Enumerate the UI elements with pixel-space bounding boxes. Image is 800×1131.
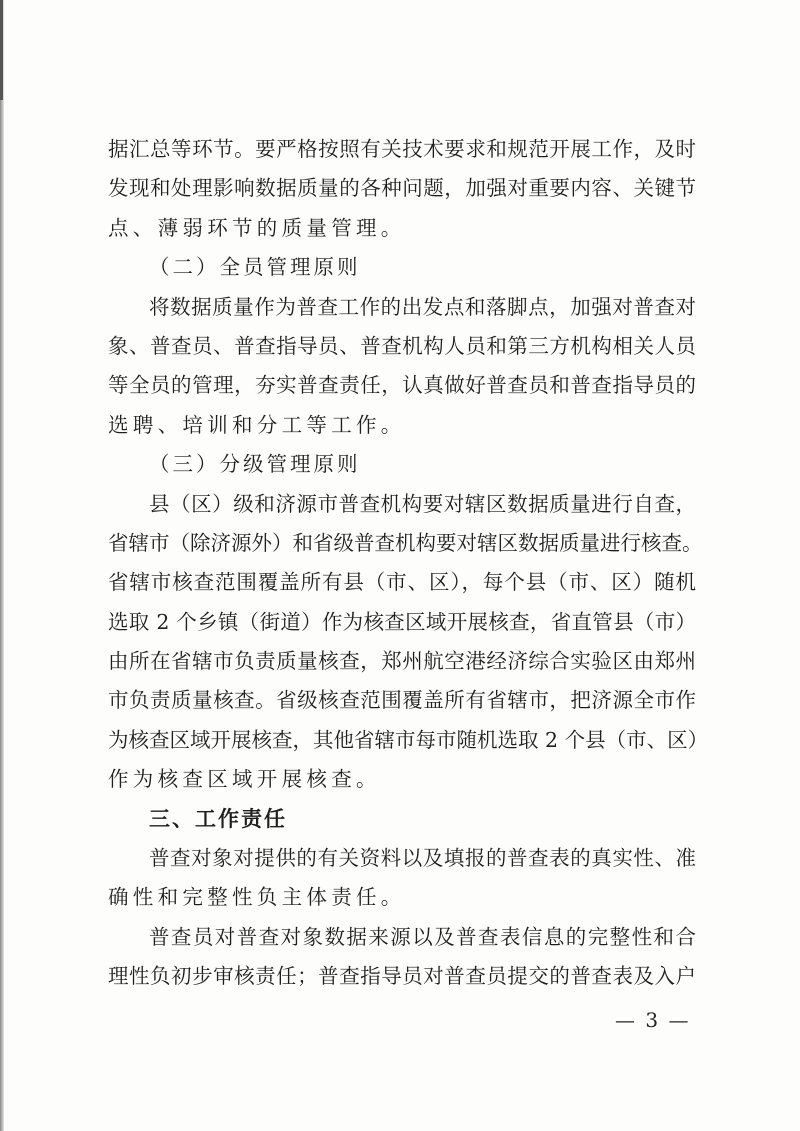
text-line: 省辖市核查范围覆盖所有县（市、区），每个县（市、区）随机	[108, 563, 696, 602]
text-line: 据汇总等环节。要严格按照有关技术要求和规范开展工作，及时	[108, 130, 696, 169]
paragraph-tiered-management: 县（区）级和济源市普查机构要对辖区数据质量进行自查， 省辖市（除济源外）和省级普…	[108, 485, 696, 800]
text-line: 发现和处理影响数据质量的各种问题，加强对重要内容、关键节	[108, 169, 696, 208]
paragraph-enumerator-responsibility: 普查员对普查对象数据来源以及普查表信息的完整性和合 理性负初步审核责任；普查指导…	[108, 918, 696, 997]
text-line: 由所在省辖市负责质量核查，郑州航空港经济综合实验区由郑州	[108, 642, 696, 681]
subheading-all-staff-management: （二）全员管理原则	[108, 248, 696, 287]
text-line: 点、薄弱环节的质量管理。	[108, 209, 696, 248]
document-page: 据汇总等环节。要严格按照有关技术要求和规范开展工作，及时 发现和处理影响数据质量…	[108, 130, 696, 997]
text-line: 作为核查区域开展核查。	[108, 760, 696, 799]
text-line: 选取 2 个乡镇（街道）作为核查区域开展核查，省直管县（市）	[108, 603, 696, 642]
text-line: 将数据质量作为普查工作的出发点和落脚点，加强对普查对	[108, 288, 696, 327]
paragraph-respondent-responsibility: 普查对象对提供的有关资料以及填报的普查表的真实性、准 确性和完整性负主体责任。	[108, 839, 696, 918]
text-line: 省辖市（除济源外）和省级普查机构要对辖区数据质量进行核查。	[108, 524, 696, 563]
text-line: 象、普查员、普查指导员、普查机构人员和第三方机构相关人员	[108, 327, 696, 366]
subheading-tiered-management: （三）分级管理原则	[108, 445, 696, 484]
section-heading-work-responsibility: 三、工作责任	[108, 800, 696, 839]
paragraph-all-staff-management: 将数据质量作为普查工作的出发点和落脚点，加强对普查对 象、普查员、普查指导员、普…	[108, 288, 696, 446]
text-line: 理性负初步审核责任；普查指导员对普查员提交的普查表及入户	[108, 957, 696, 996]
text-line: 市负责质量核查。省级核查范围覆盖所有省辖市，把济源全市作	[108, 681, 696, 720]
text-line: 选聘、培训和分工等工作。	[108, 406, 696, 445]
text-line: 普查员对普查对象数据来源以及普查表信息的完整性和合	[108, 918, 696, 957]
text-line: 县（区）级和济源市普查机构要对辖区数据质量进行自查，	[108, 485, 696, 524]
text-line: 普查对象对提供的有关资料以及填报的普查表的真实性、准	[108, 839, 696, 878]
scan-edge-shadow	[0, 0, 3, 100]
page-number: — 3 —	[615, 1008, 690, 1032]
text-line: 确性和完整性负主体责任。	[108, 878, 696, 917]
scan-edge	[0, 0, 4, 1131]
text-line: 等全员的管理，夯实普查责任，认真做好普查员和普查指导员的	[108, 366, 696, 405]
paragraph-continuation: 据汇总等环节。要严格按照有关技术要求和规范开展工作，及时 发现和处理影响数据质量…	[108, 130, 696, 248]
text-line: 为核查区域开展核查，其他省辖市每市随机选取 2 个县（市、区）	[108, 721, 696, 760]
